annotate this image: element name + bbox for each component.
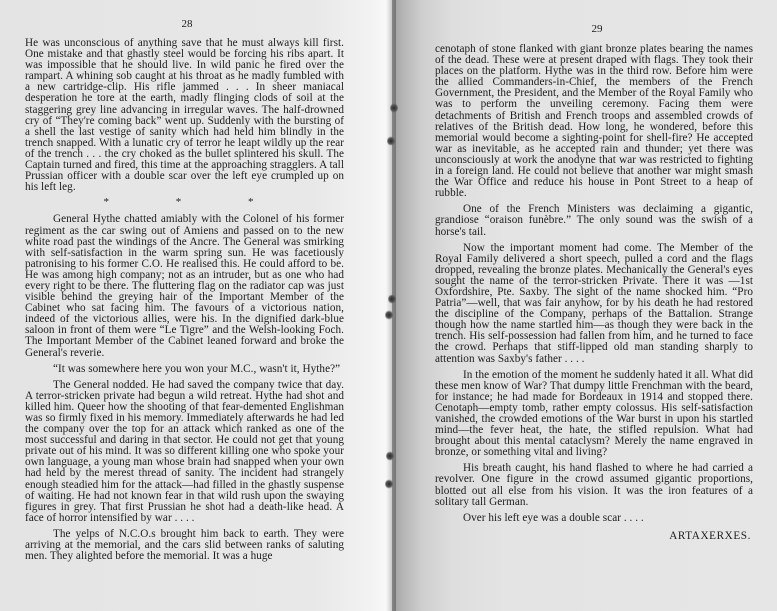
binding-stitch	[390, 103, 398, 113]
paragraph: “It was somewhere here you won your M.C.…	[25, 364, 344, 375]
paragraph: In the emotion of the moment he suddenly…	[435, 370, 753, 459]
binding-stitch	[385, 310, 393, 320]
paragraph: cenotaph of stone flanked with giant bro…	[435, 44, 753, 199]
page-number-right: 29	[577, 23, 617, 35]
page-number-left: 28	[167, 18, 207, 30]
section-break: * * *	[45, 197, 344, 208]
left-page-text: He was unconscious of anything save that…	[25, 38, 344, 562]
book-gutter	[386, 0, 396, 611]
paragraph: The yelps of N.C.O.s brought him back to…	[25, 529, 344, 562]
left-page: 28 He was unconscious of anything save t…	[0, 0, 392, 611]
right-page-text: cenotaph of stone flanked with giant bro…	[435, 44, 753, 542]
paragraph: One of the French Ministers was declaimi…	[435, 204, 753, 237]
paragraph: Over his left eye was a double scar . . …	[435, 513, 753, 524]
author-signature: ARTAXERXES.	[435, 531, 753, 542]
binding-stitch	[385, 479, 393, 489]
paragraph: Now the important moment had come. The M…	[435, 243, 753, 365]
paragraph: General Hythe chatted amiably with the C…	[25, 214, 344, 358]
paragraph: His breath caught, his hand flashed to w…	[435, 463, 753, 507]
paragraph: He was unconscious of anything save that…	[25, 38, 344, 193]
binding-stitch	[386, 451, 394, 461]
binding-stitch	[388, 294, 396, 304]
paragraph: The General nodded. He had saved the com…	[25, 380, 344, 524]
binding-stitch	[387, 136, 395, 146]
